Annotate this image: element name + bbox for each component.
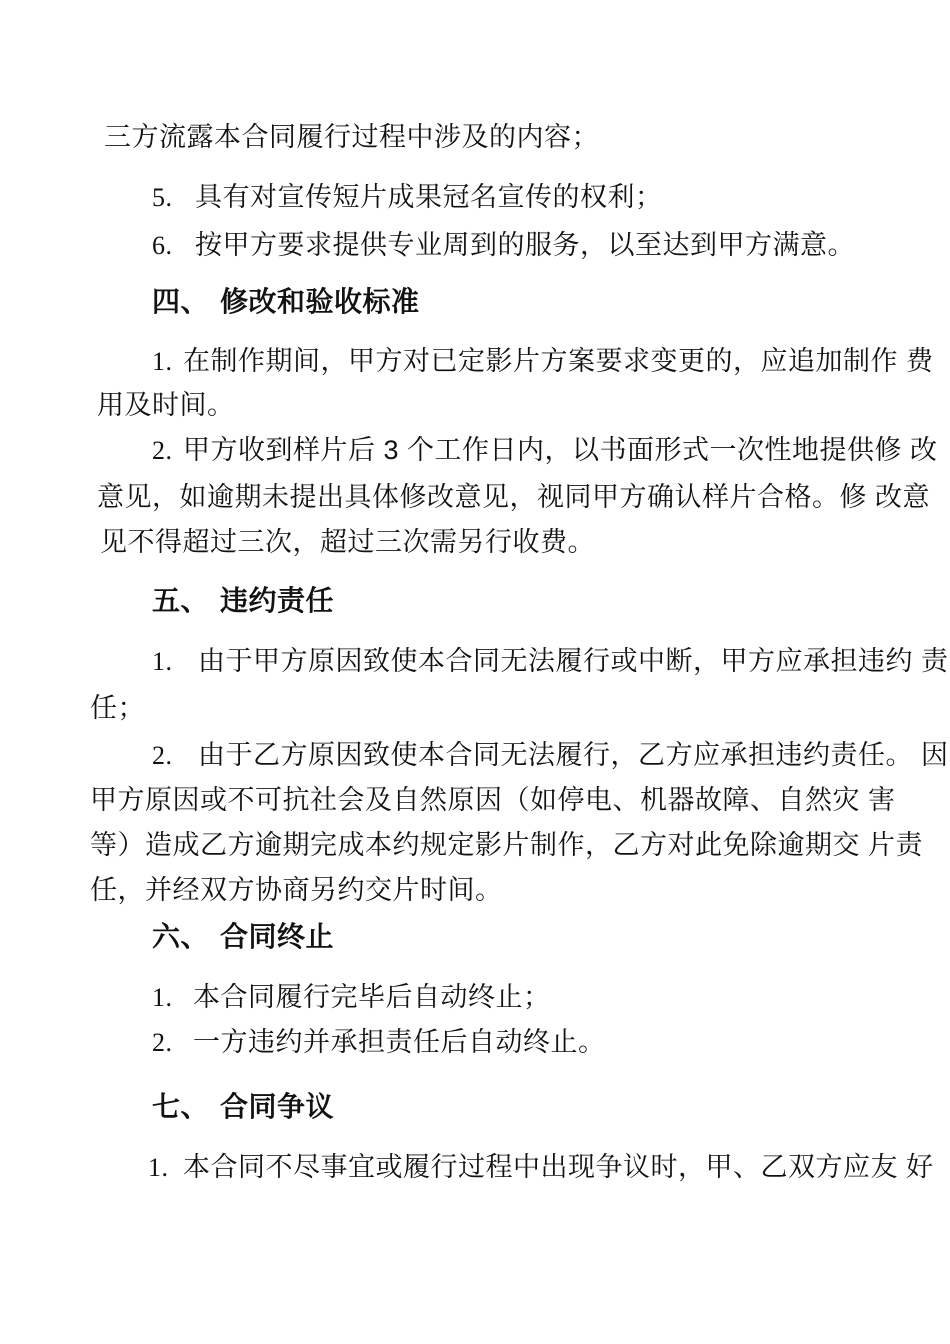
section5-item1-text1: 由于甲方原因致使本合同无法履行或中断，甲方应承担违约 责 xyxy=(198,646,949,676)
section5-heading-title: 违约责任 xyxy=(220,585,334,616)
section6-item2-text: 一方违约并承担责任后自动终止。 xyxy=(193,1027,606,1057)
section5-item2-line3: 等）造成乙方逾期完成本约规定影片制作，乙方对此免除逾期交 片责 xyxy=(90,829,923,861)
section7-item1-line1: 1.本合同不尽事宜或履行过程中出现争议时，甲、乙双方应友 好 xyxy=(148,1151,934,1184)
section5-item2-line2: 甲方原因或不可抗社会及自然原因（如停电、机器故障、自然灾 害 xyxy=(90,784,896,816)
section7-heading-number: 七、 xyxy=(152,1091,220,1123)
list-item-5-text: 具有对宣传短片成果冠名宣传的权利； xyxy=(195,182,663,212)
section6-item1: 1.本合同履行完毕后自动终止； xyxy=(152,981,551,1014)
section5-item2-text1: 由于乙方原因致使本合同无法履行，乙方应承担违约责任。 因 xyxy=(198,740,949,770)
section6-heading: 六、合同终止 xyxy=(152,921,334,953)
list-item-6-text: 按甲方要求提供专业周到的服务，以至达到甲方满意。 xyxy=(195,230,855,260)
section4-item1-line1: 1.在制作期间，甲方对已定影片方案要求变更的，应追加制作 费 xyxy=(152,345,934,378)
section7-item1-text1: 本合同不尽事宜或履行过程中出现争议时，甲、乙双方应友 好 xyxy=(183,1152,934,1182)
paragraph-continuation-confidentiality: 三方流露本合同履行过程中涉及的内容； xyxy=(104,121,599,153)
section4-heading-title: 修改和验收标准 xyxy=(220,286,420,317)
section4-item1-line2: 用及时间。 xyxy=(97,389,235,421)
section5-item2-number: 2. xyxy=(152,740,198,772)
section5-item1-line1: 1.由于甲方原因致使本合同无法履行或中断，甲方应承担违约 责 xyxy=(152,645,949,678)
list-item-6: 6.按甲方要求提供专业周到的服务，以至达到甲方满意。 xyxy=(152,229,855,262)
section7-item1-number: 1. xyxy=(148,1152,183,1184)
section4-item1-number: 1. xyxy=(152,346,183,378)
section4-item2-line1: 2.甲方收到样片后 3 个工作日内，以书面形式一次性地提供修 改 xyxy=(152,434,938,467)
list-item-6-number: 6. xyxy=(152,230,195,262)
section4-item2-line3: 见不得超过三次，超过三次需另行收费。 xyxy=(100,526,595,558)
section4-item1-text1: 在制作期间，甲方对已定影片方案要求变更的，应追加制作 费 xyxy=(183,346,934,376)
contract-document-page: 三方流露本合同履行过程中涉及的内容； 5.具有对宣传短片成果冠名宣传的权利； 6… xyxy=(0,0,950,1344)
list-item-5-number: 5. xyxy=(152,182,195,214)
section6-item2-number: 2. xyxy=(152,1027,193,1059)
section7-heading-title: 合同争议 xyxy=(220,1091,334,1122)
section4-item2-number: 2. xyxy=(152,435,183,467)
section5-item1-line2: 任； xyxy=(90,692,145,724)
section6-item2: 2.一方违约并承担责任后自动终止。 xyxy=(152,1026,606,1059)
section5-heading-number: 五、 xyxy=(152,585,220,617)
section5-item2-line4: 任，并经双方协商另约交片时间。 xyxy=(90,874,503,906)
section6-heading-title: 合同终止 xyxy=(220,921,334,952)
section4-item2-text1: 甲方收到样片后 3 个工作日内，以书面形式一次性地提供修 改 xyxy=(183,435,938,465)
section5-heading: 五、违约责任 xyxy=(152,585,334,617)
list-item-5: 5.具有对宣传短片成果冠名宣传的权利； xyxy=(152,181,663,214)
section4-heading-number: 四、 xyxy=(152,286,220,318)
section5-item1-number: 1. xyxy=(152,646,198,678)
section4-item2-line2: 意见，如逾期未提出具体修改意见，视同甲方确认样片合格。修 改意 xyxy=(97,481,930,513)
section6-item1-text: 本合同履行完毕后自动终止； xyxy=(193,982,551,1012)
section6-item1-number: 1. xyxy=(152,982,193,1014)
section6-heading-number: 六、 xyxy=(152,921,220,953)
section4-heading: 四、修改和验收标准 xyxy=(152,286,420,318)
section7-heading: 七、合同争议 xyxy=(152,1091,334,1123)
section5-item2-line1: 2.由于乙方原因致使本合同无法履行，乙方应承担违约责任。 因 xyxy=(152,739,949,772)
